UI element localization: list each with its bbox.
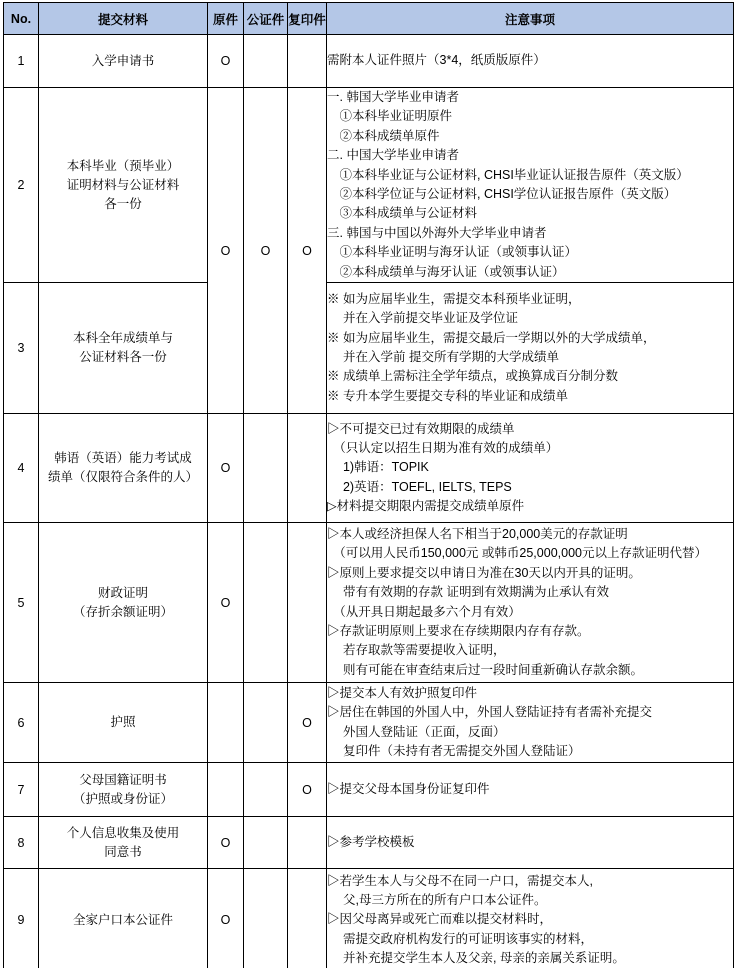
no-cell: 1: [4, 35, 39, 88]
material-cell: 财政证明 （存折余额证明）: [39, 523, 208, 683]
original-mark-cell: O: [208, 523, 244, 683]
notarized-mark-cell: [244, 35, 288, 88]
original-mark-cell: O: [208, 88, 244, 414]
header-notarized: 公证件: [244, 3, 288, 35]
original-mark-cell: O: [208, 869, 244, 968]
material-cell: 护照: [39, 683, 208, 763]
table-row: 5 财政证明 （存折余额证明） O ▷本人或经济担保人名下相当于20,000美元…: [4, 523, 734, 683]
materials-table: No. 提交材料 原件 公证件 复印件 注意事项 1 入学申请书 O 需附本人证…: [3, 2, 734, 968]
notes-cell: ▷提交父母本国身份证复印件: [327, 763, 734, 817]
no-cell: 7: [4, 763, 39, 817]
material-cell: 本科毕业（预毕业） 证明材料与公证材料 各一份: [39, 88, 208, 283]
notes-cell: 需附本人证件照片（3*4，纸质版原件）: [327, 35, 734, 88]
table-row: 8 个人信息收集及使用 同意书 O ▷参考学校模板: [4, 817, 734, 869]
material-cell: 父母国籍证明书 （护照或身份证）: [39, 763, 208, 817]
table-row: 2 本科毕业（预毕业） 证明材料与公证材料 各一份 O O O 一. 韩国大学毕…: [4, 88, 734, 283]
table-row: 7 父母国籍证明书 （护照或身份证） O ▷提交父母本国身份证复印件: [4, 763, 734, 817]
table-row: 4 韩语（英语）能力考试成 绩单（仅限符合条件的人） O ▷不可提交已过有效期限…: [4, 414, 734, 523]
no-cell: 4: [4, 414, 39, 523]
notarized-mark-cell: [244, 817, 288, 869]
copy-mark-cell: [288, 817, 327, 869]
no-cell: 6: [4, 683, 39, 763]
header-material: 提交材料: [39, 3, 208, 35]
material-cell: 个人信息收集及使用 同意书: [39, 817, 208, 869]
notarized-mark-cell: [244, 763, 288, 817]
table-row: 9 全家户口本公证件 O ▷若学生本人与父母不在同一户口，需提交本人, 父,母三…: [4, 869, 734, 968]
notes-cell: ▷不可提交已过有效期限的成绩单 （只认定以招生日期为准有效的成绩单） 1)韩语：…: [327, 414, 734, 523]
copy-mark-cell: [288, 414, 327, 523]
table-row: 6 护照 O ▷提交本人有效护照复印件 ▷居住在韩国的外国人中，外国人登陆证持有…: [4, 683, 734, 763]
notarized-mark-cell: [244, 869, 288, 968]
copy-mark-cell: [288, 523, 327, 683]
copy-mark-cell: O: [288, 763, 327, 817]
original-mark-cell: O: [208, 35, 244, 88]
material-cell: 全家户口本公证件: [39, 869, 208, 968]
copy-mark-cell: O: [288, 88, 327, 414]
notarized-mark-cell: [244, 414, 288, 523]
notes-cell: ▷若学生本人与父母不在同一户口，需提交本人, 父,母三方所在的所有户口本公证件。…: [327, 869, 734, 968]
original-mark-cell: [208, 683, 244, 763]
material-cell: 本科全年成绩单与 公证材料各一份: [39, 283, 208, 414]
header-notes: 注意事项: [327, 3, 734, 35]
no-cell: 8: [4, 817, 39, 869]
copy-mark-cell: O: [288, 683, 327, 763]
original-mark-cell: [208, 763, 244, 817]
table-row: 3 本科全年成绩单与 公证材料各一份 ※ 如为应届毕业生，需提交本科预毕业证明，…: [4, 283, 734, 414]
original-mark-cell: O: [208, 817, 244, 869]
table-row: 1 入学申请书 O 需附本人证件照片（3*4，纸质版原件）: [4, 35, 734, 88]
header-original: 原件: [208, 3, 244, 35]
header-no: No.: [4, 3, 39, 35]
no-cell: 5: [4, 523, 39, 683]
notarized-mark-cell: [244, 523, 288, 683]
original-mark-cell: O: [208, 414, 244, 523]
copy-mark-cell: [288, 35, 327, 88]
no-cell: 9: [4, 869, 39, 968]
notes-cell: ▷参考学校模板: [327, 817, 734, 869]
header-copy: 复印件: [288, 3, 327, 35]
material-cell: 韩语（英语）能力考试成 绩单（仅限符合条件的人）: [39, 414, 208, 523]
header-row: No. 提交材料 原件 公证件 复印件 注意事项: [4, 3, 734, 35]
notes-cell: ▷提交本人有效护照复印件 ▷居住在韩国的外国人中，外国人登陆证持有者需补充提交 …: [327, 683, 734, 763]
copy-mark-cell: [288, 869, 327, 968]
notarized-mark-cell: [244, 683, 288, 763]
material-cell: 入学申请书: [39, 35, 208, 88]
document-page: No. 提交材料 原件 公证件 复印件 注意事项 1 入学申请书 O 需附本人证…: [0, 0, 736, 968]
notarized-mark-cell: O: [244, 88, 288, 414]
no-cell: 3: [4, 283, 39, 414]
notes-cell: 一. 韩国大学毕业申请者 ①本科毕业证明原件 ②本科成绩单原件 二. 中国大学毕…: [327, 88, 734, 283]
notes-cell: ▷本人或经济担保人名下相当于20,000美元的存款证明 （可以用人民币150,0…: [327, 523, 734, 683]
notes-cell: ※ 如为应届毕业生，需提交本科预毕业证明， 并在入学前提交毕业证及学位证 ※ 如…: [327, 283, 734, 414]
no-cell: 2: [4, 88, 39, 283]
